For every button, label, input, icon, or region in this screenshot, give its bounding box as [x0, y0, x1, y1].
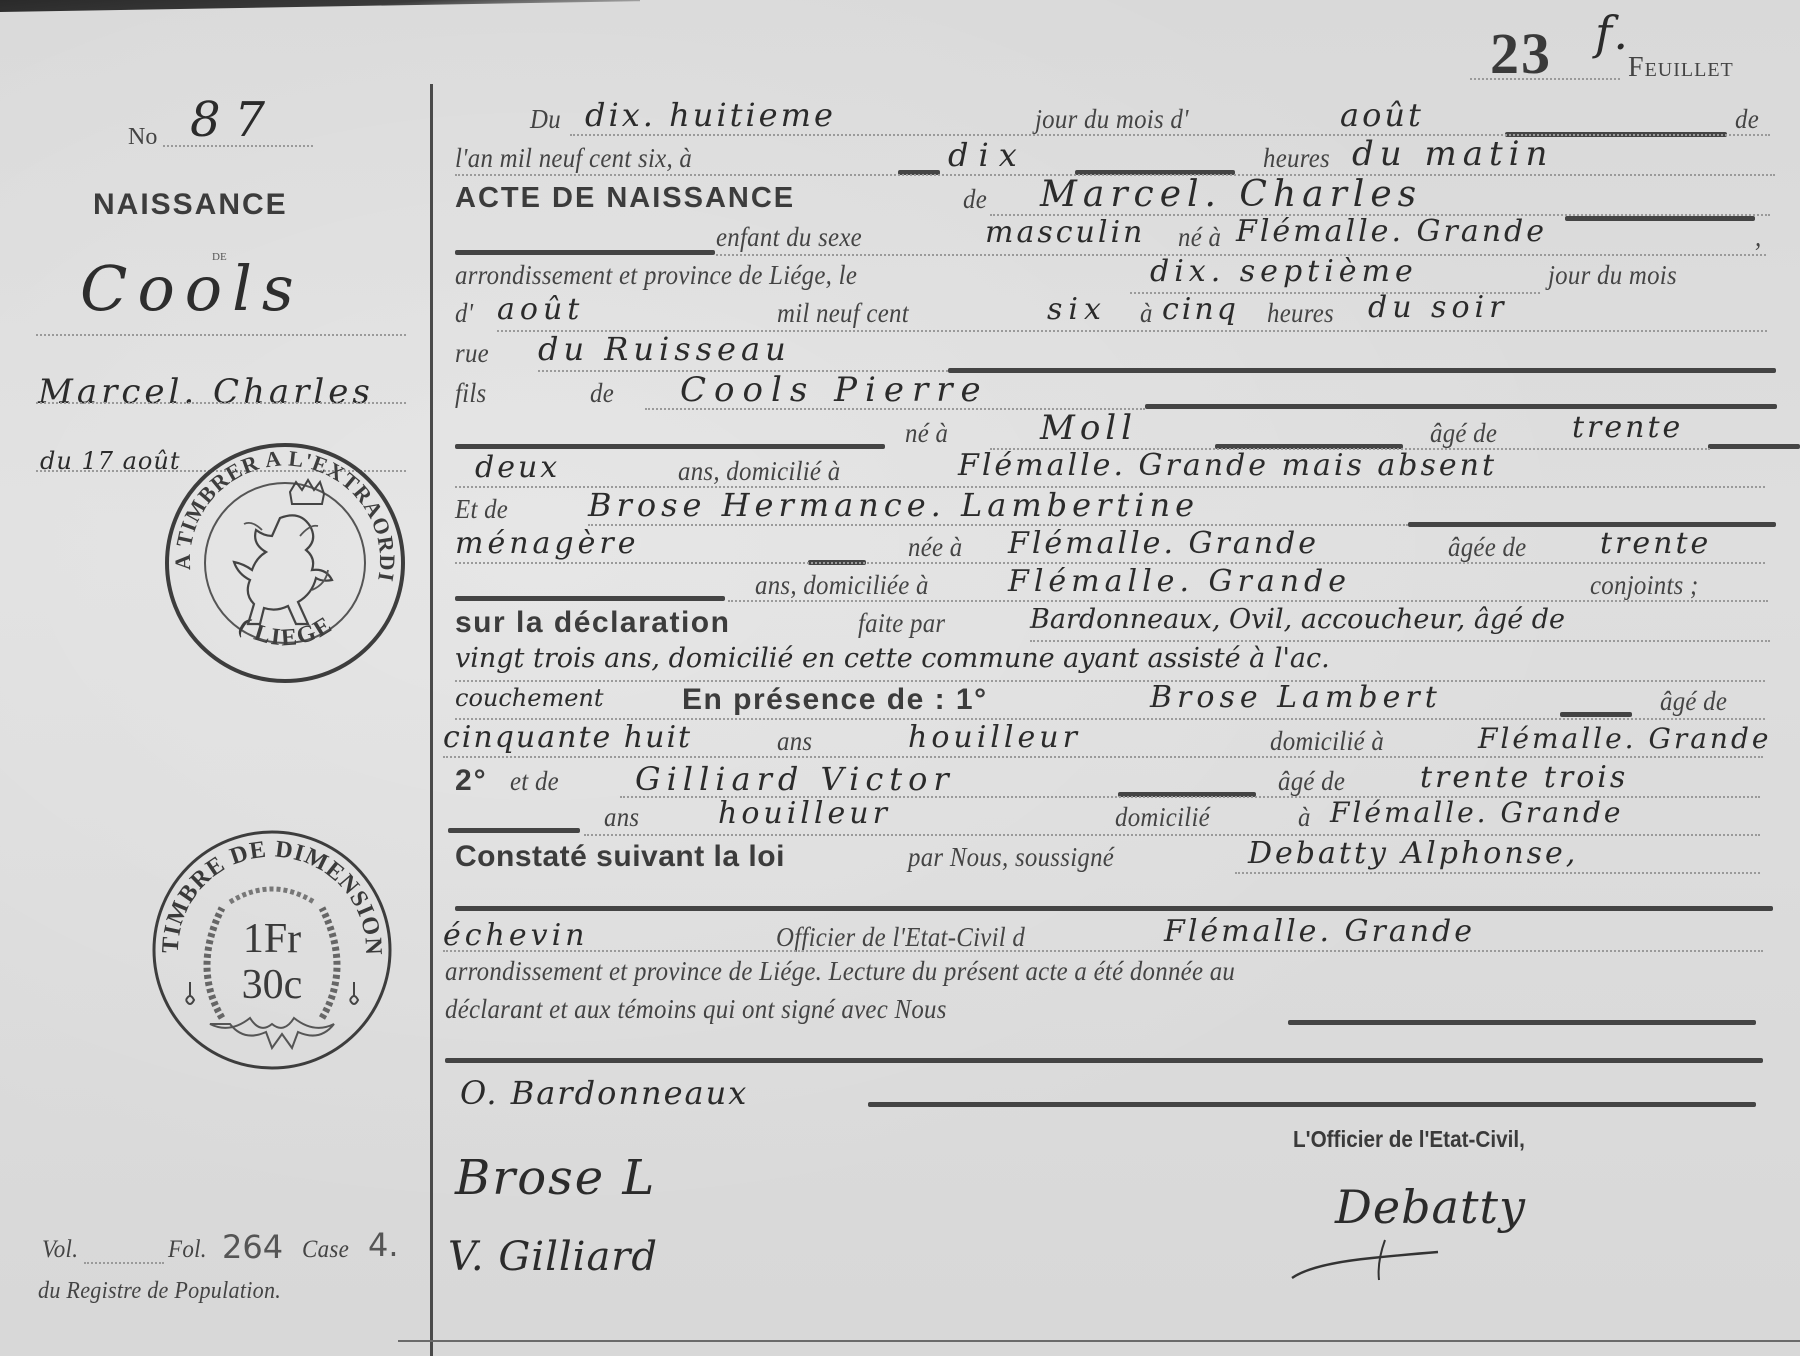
witness2-residence: Flémalle. Grande — [1330, 796, 1623, 829]
witness2-age: trente trois — [1420, 760, 1628, 795]
mother-occupation: ménagère — [455, 526, 639, 561]
act-text: Du — [530, 104, 561, 135]
act-text: déclarant et aux témoins qui ont signé a… — [445, 994, 947, 1025]
child-name: Marcel. Charles — [1040, 174, 1422, 215]
ruled-line — [584, 834, 1760, 836]
act-heading: Constaté suivant la loi — [455, 840, 785, 874]
bottom-rule — [398, 1340, 1800, 1342]
fill-line — [1408, 522, 1776, 527]
birthplace: Flémalle. Grande — [1236, 214, 1547, 249]
act-handwritten-entry: cinq — [1162, 292, 1239, 327]
declarant-signature[interactable]: O. Bardonneaux — [460, 1074, 748, 1112]
father-birthplace: Moll — [1040, 408, 1137, 448]
act-heading: sur la déclaration — [455, 606, 730, 640]
act-handwritten-entry: dix — [948, 136, 1027, 174]
ruled-line — [1235, 872, 1760, 874]
witness1-age: cinquante huit — [443, 720, 692, 755]
case-label: Case — [302, 1236, 349, 1264]
witness2-name: Gilliard Victor — [635, 760, 955, 798]
act-text: rue — [455, 338, 489, 369]
fill-line — [445, 1058, 1763, 1063]
act-handwritten-entry: six — [1047, 292, 1107, 327]
vol-label: Vol. — [42, 1236, 78, 1264]
lion-crest-icon: A TIMBRER A L'EXTRAORDINAIRE ( LIEGE ) — [162, 440, 408, 686]
act-text: jour du mois — [1548, 260, 1677, 291]
act-text: de — [963, 184, 987, 215]
street: du Ruisseau — [538, 330, 791, 368]
act-text: domicilié — [1115, 802, 1210, 833]
witness1-occupation: houilleur — [908, 720, 1081, 755]
act-handwritten-entry: août — [1340, 96, 1424, 134]
stamp-dimension: TIMBRE DE DIMENSION 1Fr 30c — [150, 828, 394, 1072]
act-text: de — [590, 378, 614, 409]
act-text: âgé de — [1278, 766, 1345, 797]
father-name: Cools Pierre — [680, 370, 989, 410]
case-value: 4. — [368, 1226, 399, 1264]
act-text: conjoints ; — [1590, 570, 1699, 601]
officer-name: Debatty Alphonse, — [1248, 836, 1578, 871]
act-handwritten-entry: dix. huitieme — [585, 96, 836, 134]
mother-birthplace: Flémalle. Grande — [1008, 526, 1319, 561]
act-text: né à — [1178, 222, 1221, 253]
act-text: fils — [455, 378, 486, 409]
scan-edge-shadow — [0, 0, 640, 12]
sheet-handwritten-mark: f. — [1595, 6, 1631, 60]
ruled-line — [570, 134, 1770, 136]
feuillet-label: Feuillet — [1628, 52, 1734, 84]
act-text: par Nous, soussigné — [908, 842, 1114, 873]
surname-dotted-line — [36, 334, 406, 336]
act-heading: ACTE DE NAISSANCE — [455, 182, 795, 215]
witness1-residence: Flémalle. Grande — [1478, 722, 1771, 755]
act-text: enfant du sexe — [716, 222, 862, 253]
declarant-details: Bardonneaux, Ovil, accoucheur, âgé de — [1030, 604, 1565, 635]
ruled-line — [1030, 640, 1770, 642]
act-text: faite par — [858, 608, 945, 639]
certificate-page: 23 f. Feuillet No 87 NAISSANCE DE Cools … — [0, 0, 1800, 1356]
declarant-details-cont: vingt trois ans, domicilié en cette comm… — [455, 643, 1330, 674]
margin-heading: NAISSANCE — [93, 188, 288, 222]
commune: Flémalle. Grande — [1164, 914, 1475, 949]
act-text: âgé de — [1660, 686, 1727, 717]
margin-given-names: Marcel. Charles — [38, 372, 374, 412]
sheet-number: 23 — [1490, 20, 1552, 87]
act-text: arrondissement et province de Liége, le — [455, 260, 857, 291]
fill-line — [1708, 444, 1800, 449]
fill-line — [455, 906, 1773, 911]
act-text: , — [1755, 222, 1761, 253]
act-text: Officier de l'Etat-Civil d — [776, 922, 1025, 953]
fol-label: Fol. — [168, 1236, 207, 1264]
act-text: née à — [908, 532, 962, 563]
stamp-extraordinaire: A TIMBRER A L'EXTRAORDINAIRE ( LIEGE ) — [162, 440, 408, 686]
act-text: né à — [905, 418, 948, 449]
fill-line — [1565, 216, 1755, 221]
ruled-line — [455, 680, 1765, 682]
mother-residence: Flémalle. Grande — [1008, 564, 1351, 599]
fill-line — [455, 444, 885, 449]
act-text: d' — [455, 298, 473, 329]
birth-date: dix. septième — [1150, 254, 1418, 289]
fill-line — [948, 368, 1776, 373]
act-text: à — [1140, 298, 1153, 329]
witness2-occupation: houilleur — [718, 796, 891, 831]
fill-line — [1560, 712, 1632, 717]
svg-text:1Fr: 1Fr — [243, 916, 301, 962]
act-text: ans, domicilié à — [678, 456, 840, 487]
mother-age: trente — [1600, 526, 1711, 561]
act-text: l'an mil neuf cent six, à — [455, 143, 692, 174]
act-text: à — [1298, 802, 1311, 833]
act-handwritten-entry: masculin — [985, 215, 1145, 250]
act-text: heures — [1263, 143, 1330, 174]
fill-line — [448, 828, 580, 833]
column-separator — [430, 84, 433, 1356]
svg-text:30c: 30c — [242, 962, 303, 1008]
laurel-wreath-icon: TIMBRE DE DIMENSION 1Fr 30c — [150, 828, 394, 1072]
ruled-line — [443, 950, 1763, 952]
margin-surname: Cools — [80, 252, 304, 325]
act-text: âgé de — [1430, 418, 1497, 449]
witness2-signature[interactable]: V. Gilliard — [448, 1234, 658, 1280]
act-text: Et de — [455, 494, 508, 525]
fill-line — [455, 250, 715, 255]
act-text: mil neuf cent — [777, 298, 909, 329]
act-handwritten-entry: août — [497, 292, 584, 327]
act-text: de — [1735, 104, 1759, 135]
act-handwritten-entry: couchement — [455, 684, 604, 712]
act-text: âgée de — [1448, 532, 1526, 563]
witness2-index: 2° — [455, 764, 488, 798]
act-number-label: No — [128, 124, 157, 151]
act-text: jour du mois d' — [1035, 104, 1189, 135]
mother-name: Brose Hermance. Lambertine — [588, 486, 1199, 524]
fill-line — [1288, 1020, 1756, 1025]
fill-line — [868, 1102, 1756, 1107]
officer-title: échevin — [443, 918, 589, 953]
witness1-signature[interactable]: Brose L — [455, 1150, 656, 1206]
vol-dotted-line — [84, 1262, 164, 1264]
father-age: trente — [1572, 410, 1683, 445]
ruled-line — [728, 600, 1768, 602]
act-text: ans, domiciliée à — [755, 570, 929, 601]
fill-line — [455, 596, 725, 601]
act-text: ans — [777, 726, 812, 757]
fill-line — [1145, 404, 1777, 409]
officer-signature[interactable]: Debatty — [1335, 1180, 1526, 1234]
officer-label: L'Officier de l'Etat-Civil, — [1293, 1126, 1525, 1153]
witness1-name: Brose Lambert — [1150, 680, 1442, 715]
act-heading: En présence de : 1° — [682, 683, 988, 717]
registre-label: du Registre de Population. — [38, 1278, 281, 1305]
fol-value: 264 — [222, 1228, 283, 1266]
act-handwritten-entry: deux — [475, 450, 560, 485]
act-number-dotted-line — [163, 145, 313, 147]
act-handwritten-entry: du matin — [1352, 134, 1553, 174]
act-number: 87 — [190, 92, 279, 148]
act-text: arrondissement et province de Liége. Lec… — [445, 956, 1235, 987]
father-residence: Flémalle. Grande mais absent — [958, 448, 1497, 483]
act-handwritten-entry: du soir — [1368, 290, 1508, 325]
act-text: domicilié à — [1270, 726, 1384, 757]
given-names-dotted-line — [36, 402, 406, 404]
act-text: et de — [510, 766, 559, 797]
sheet-number-dotted-line — [1470, 78, 1620, 80]
act-text: ans — [604, 802, 639, 833]
signature-flourish-icon — [1290, 1236, 1440, 1286]
act-text: heures — [1267, 298, 1334, 329]
ruled-line — [443, 756, 1763, 758]
